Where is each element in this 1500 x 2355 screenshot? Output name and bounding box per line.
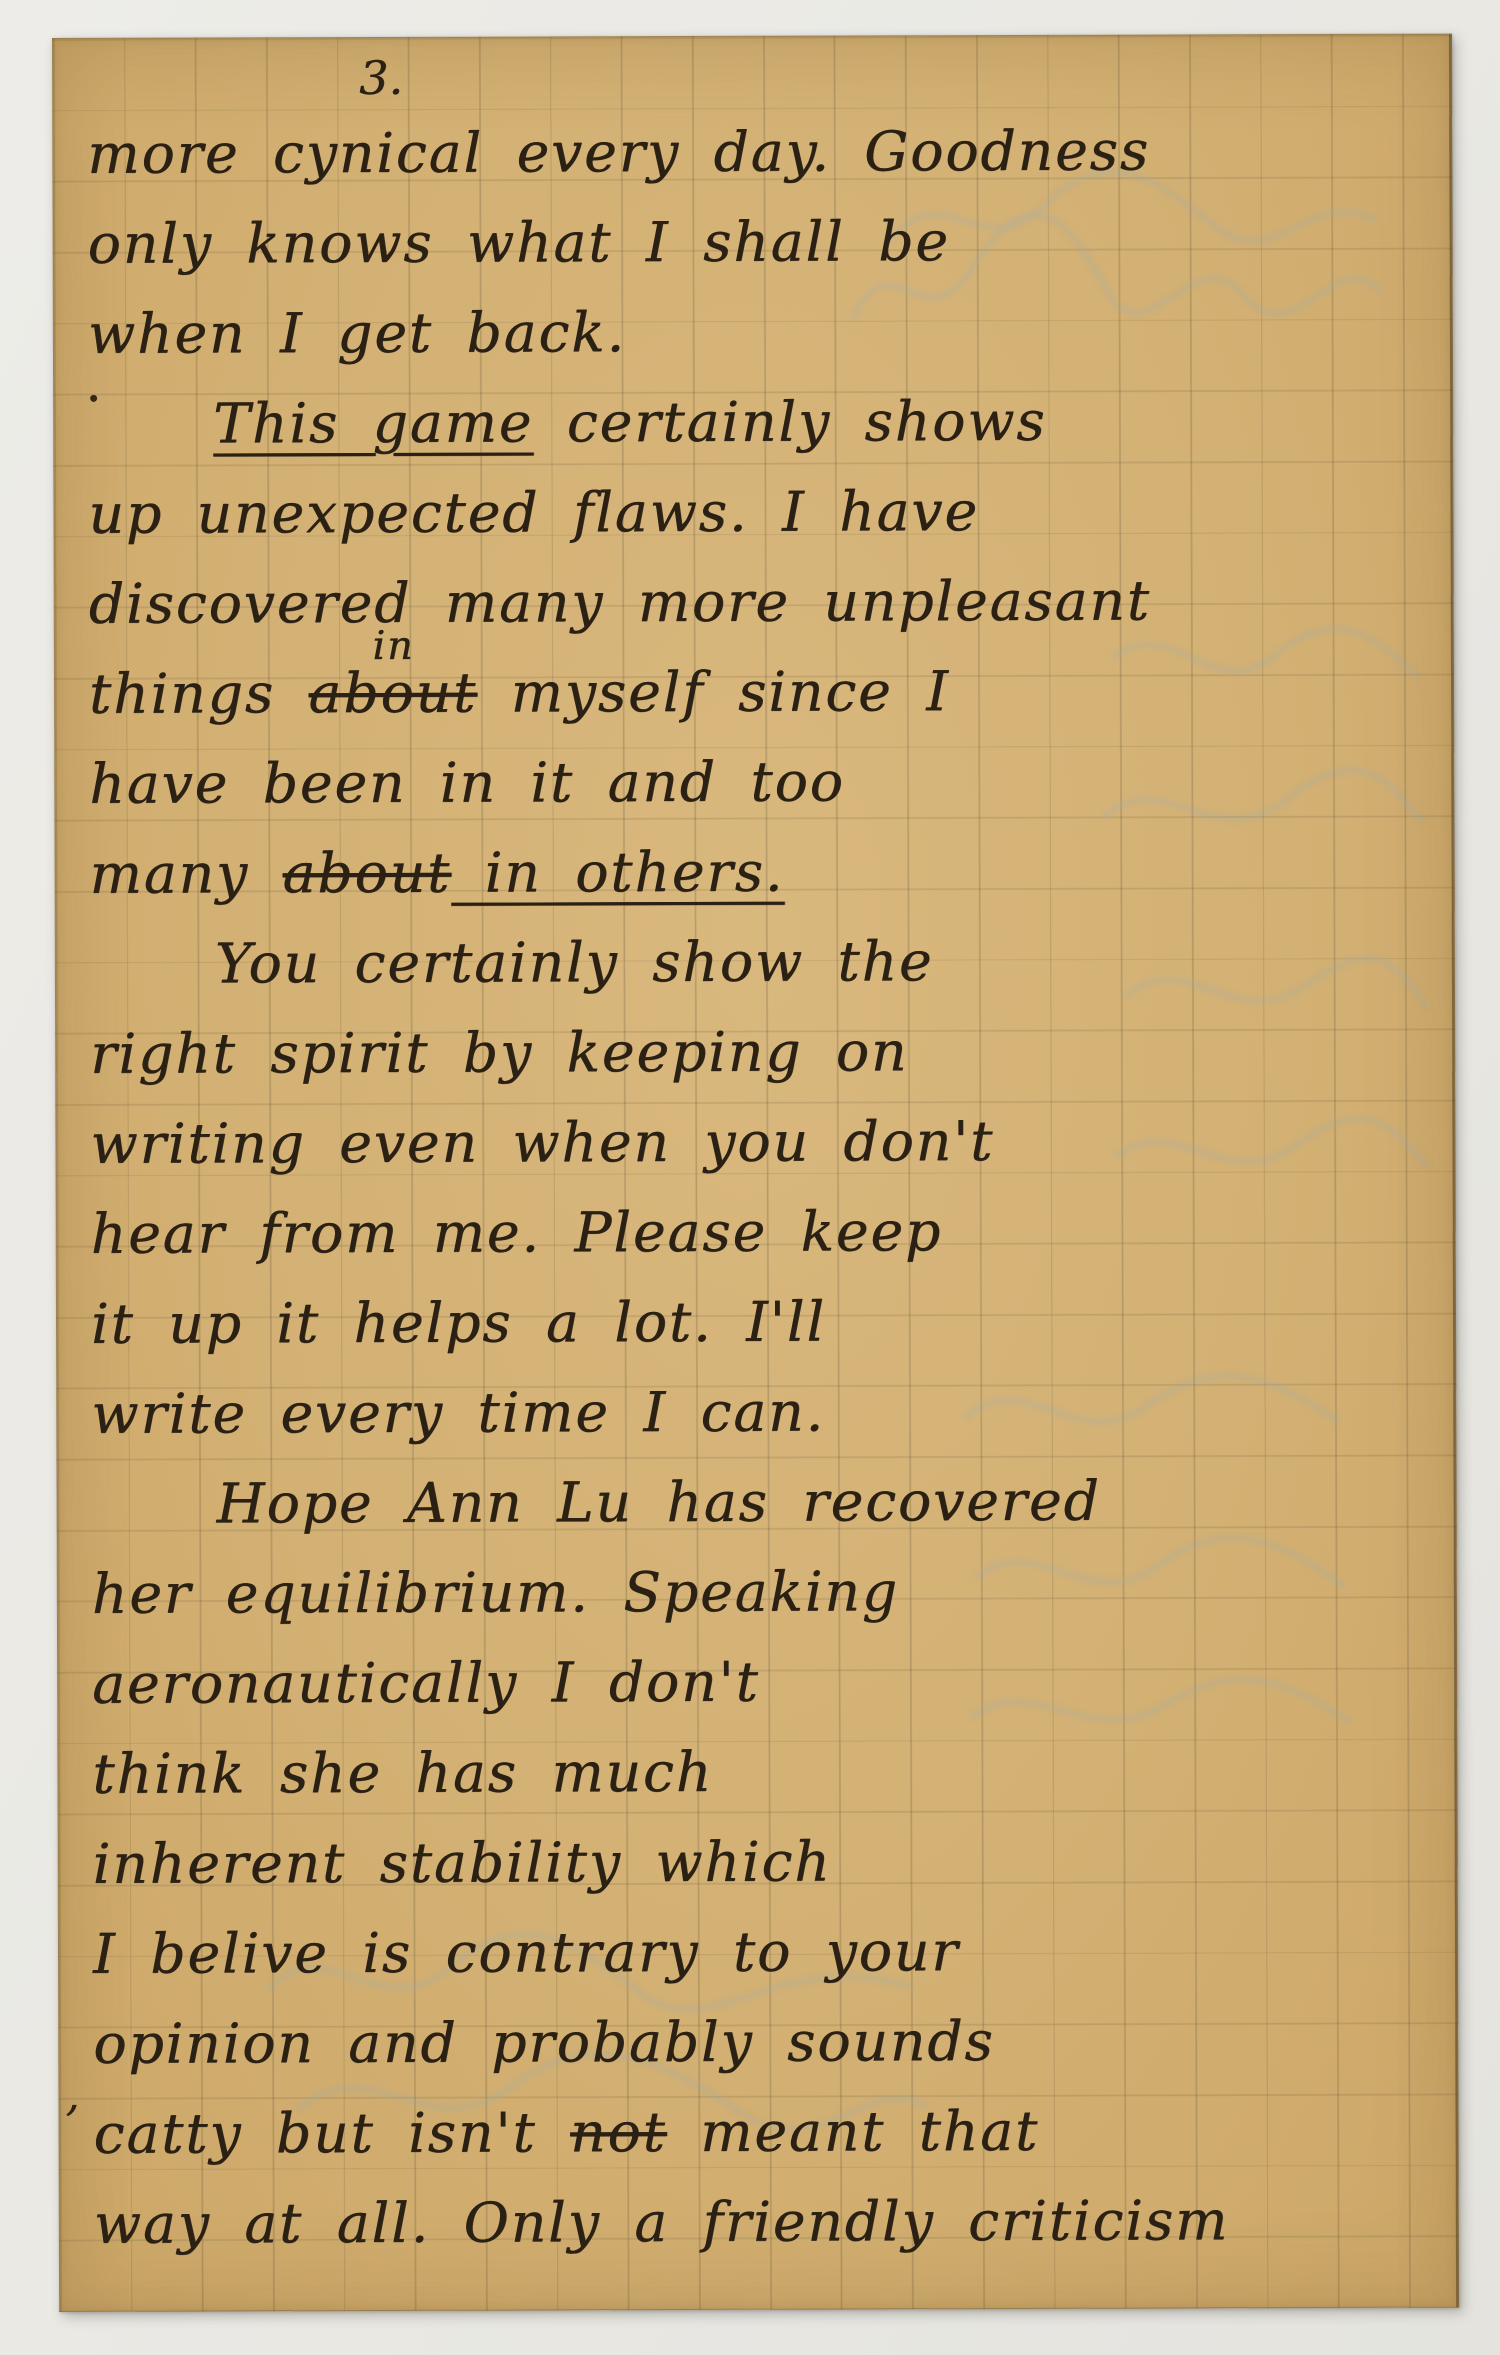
page-number-text: 3. [359,51,403,105]
line-text: more cynical every day. Goodness [87,119,1150,186]
letter-line: more cynical every day. Goodness [87,105,1429,199]
letter-line: think she has much [92,1725,1434,1819]
letter-line: it up it helps a lot. I'll [91,1275,1433,1369]
letter-line: writing even when you don't [90,1095,1432,1189]
letter-line: only knows what I shall be [88,195,1430,289]
line-text: catty but isn't [93,2100,570,2165]
line-text: certainly shows [533,389,1046,455]
ink-dot [90,395,97,402]
line-text: I belive is contrary to your [93,1919,960,1986]
line-text: aeronautically I don't [92,1650,760,1716]
inserted-word: in [372,627,414,667]
stray-ink-mark: , [65,2067,80,2121]
line-text: discovered many more unpleasant [89,569,1151,636]
struck-word: about [308,661,477,726]
line-text: write every time I can. [91,1380,825,1446]
letter-line: hear from me. Please keep [91,1185,1433,1279]
letter-paper: , 3. more cynical every day. Goodness on… [52,34,1459,2312]
letter-line: catty but isn't not meant that [93,2085,1435,2179]
correction: aboutin [308,648,477,739]
line-text: right spirit by keeping on [90,1019,908,1086]
line-text: way at all. Only a friendly criticism [94,2188,1230,2256]
line-text: only knows what I shall be [88,209,950,276]
line-text: hear from me. Please keep [91,1199,943,1266]
line-text: her equilibrium. Speaking [92,1559,899,1626]
letter-line: inherent stability which [93,1815,1435,1909]
letter-line: many about in others. [89,825,1431,919]
struck-word: about [282,841,451,906]
line-text: things [89,661,309,726]
letter-line: This game certainly shows [88,375,1430,469]
letter-line: opinion and probably sounds [93,1995,1435,2089]
line-text: inherent stability which [93,1830,832,1896]
underlined-text: This game [213,390,533,455]
letter-body: 3. more cynical every day. Goodness only… [53,35,1456,2269]
line-text: You certainly show the [215,929,934,995]
struck-word: not [570,2100,667,2164]
letter-line: discovered many more unpleasant [89,555,1431,649]
scan-background: , 3. more cynical every day. Goodness on… [0,0,1500,2355]
letter-line: up unexpected flaws. I have [88,465,1430,559]
letter-line: Hope Ann Lu has recovered [91,1455,1433,1549]
line-text: meant that [667,2099,1040,2164]
page-number: 3. [87,45,1429,109]
letter-line: I belive is contrary to your [93,1905,1435,1999]
line-text: it up it helps a lot. I'll [91,1290,826,1356]
letter-line: You certainly show the [90,915,1432,1009]
line-text: when I get back. [88,300,626,366]
line-text: up unexpected flaws. I have [88,479,979,546]
letter-line: things aboutin myself since I [89,645,1431,739]
letter-line: write every time I can. [91,1365,1433,1459]
letter-line: have been in it and too [89,735,1431,829]
line-text: have been in it and too [89,750,845,816]
line-text: writing even when you don't [90,1109,994,1176]
underlined-text: in others. [451,840,784,905]
line-text: Hope Ann Lu has recovered [217,1469,1101,1536]
letter-line: her equilibrium. Speaking [92,1545,1434,1639]
line-text: think she has much [92,1740,713,1806]
letter-line: way at all. Only a friendly criticism [94,2175,1436,2269]
letter-line: right spirit by keeping on [90,1005,1432,1099]
line-text: opinion and probably sounds [93,2009,995,2076]
letter-line: aeronautically I don't [92,1635,1434,1729]
line-text: myself since I [477,659,950,724]
line-text: many [90,841,283,906]
letter-line: when I get back. [88,285,1430,379]
